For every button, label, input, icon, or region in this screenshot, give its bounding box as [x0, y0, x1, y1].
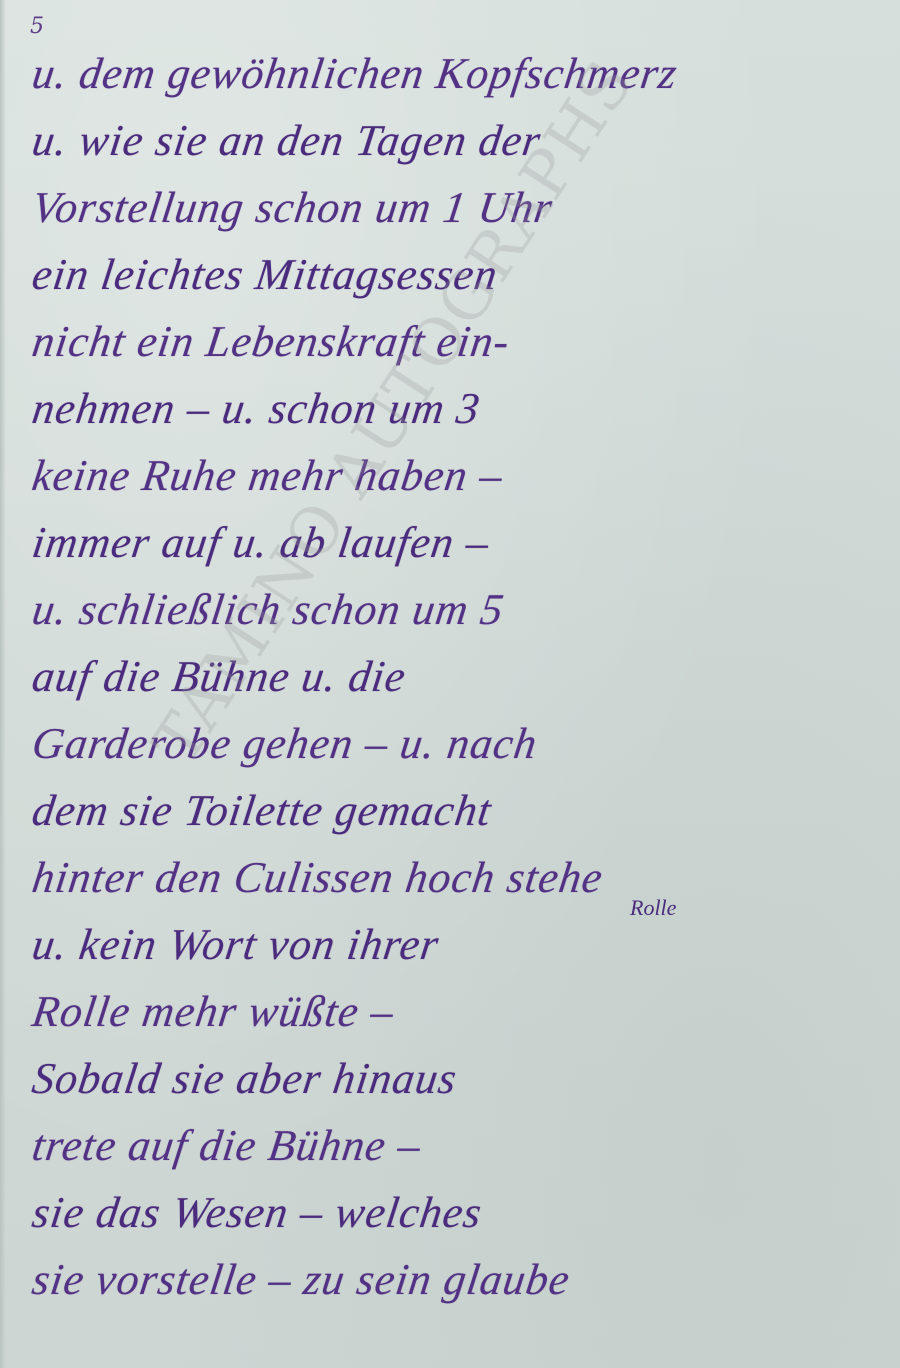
handwritten-line: sie vorstelle – zu sein glaube: [28, 1246, 899, 1313]
handwritten-line: u. kein Wort von ihrer: [28, 911, 899, 978]
handwritten-line: Garderobe gehen – u. nach: [28, 710, 899, 777]
handwritten-text-block: u. dem gewöhnlichen Kopfschmerz u. wie s…: [28, 40, 890, 1313]
handwritten-line: nicht ein Lebenskraft ein-: [28, 308, 899, 375]
handwritten-line: keine Ruhe mehr haben –: [28, 442, 899, 509]
handwritten-line: u. dem gewöhnlichen Kopfschmerz: [28, 40, 899, 107]
handwritten-line: Rolle mehr wüßte –: [28, 978, 899, 1045]
handwritten-line: trete auf die Bühne –: [28, 1112, 899, 1179]
handwritten-line: sie das Wesen – welches: [28, 1179, 899, 1246]
handwritten-line: u. wie sie an den Tagen der: [28, 107, 899, 174]
handwritten-line: hinter den Culissen hoch stehe: [28, 844, 899, 911]
letter-page: 5 u. dem gewöhnlichen Kopfschmerz u. wie…: [0, 0, 900, 1368]
handwritten-line: ein leichtes Mittagsessen: [28, 241, 899, 308]
handwritten-line: Vorstellung schon um 1 Uhr: [28, 174, 899, 241]
interlinear-insertion: Rolle: [630, 895, 676, 921]
page-number: 5: [30, 14, 44, 39]
handwritten-line: u. schließlich schon um 5: [28, 576, 899, 643]
handwritten-line: Sobald sie aber hinaus: [28, 1045, 899, 1112]
handwritten-line: dem sie Toilette gemacht: [28, 777, 899, 844]
handwritten-line: nehmen – u. schon um 3: [28, 375, 899, 442]
handwritten-line: auf die Bühne u. die: [28, 643, 899, 710]
handwritten-line: immer auf u. ab laufen –: [28, 509, 899, 576]
